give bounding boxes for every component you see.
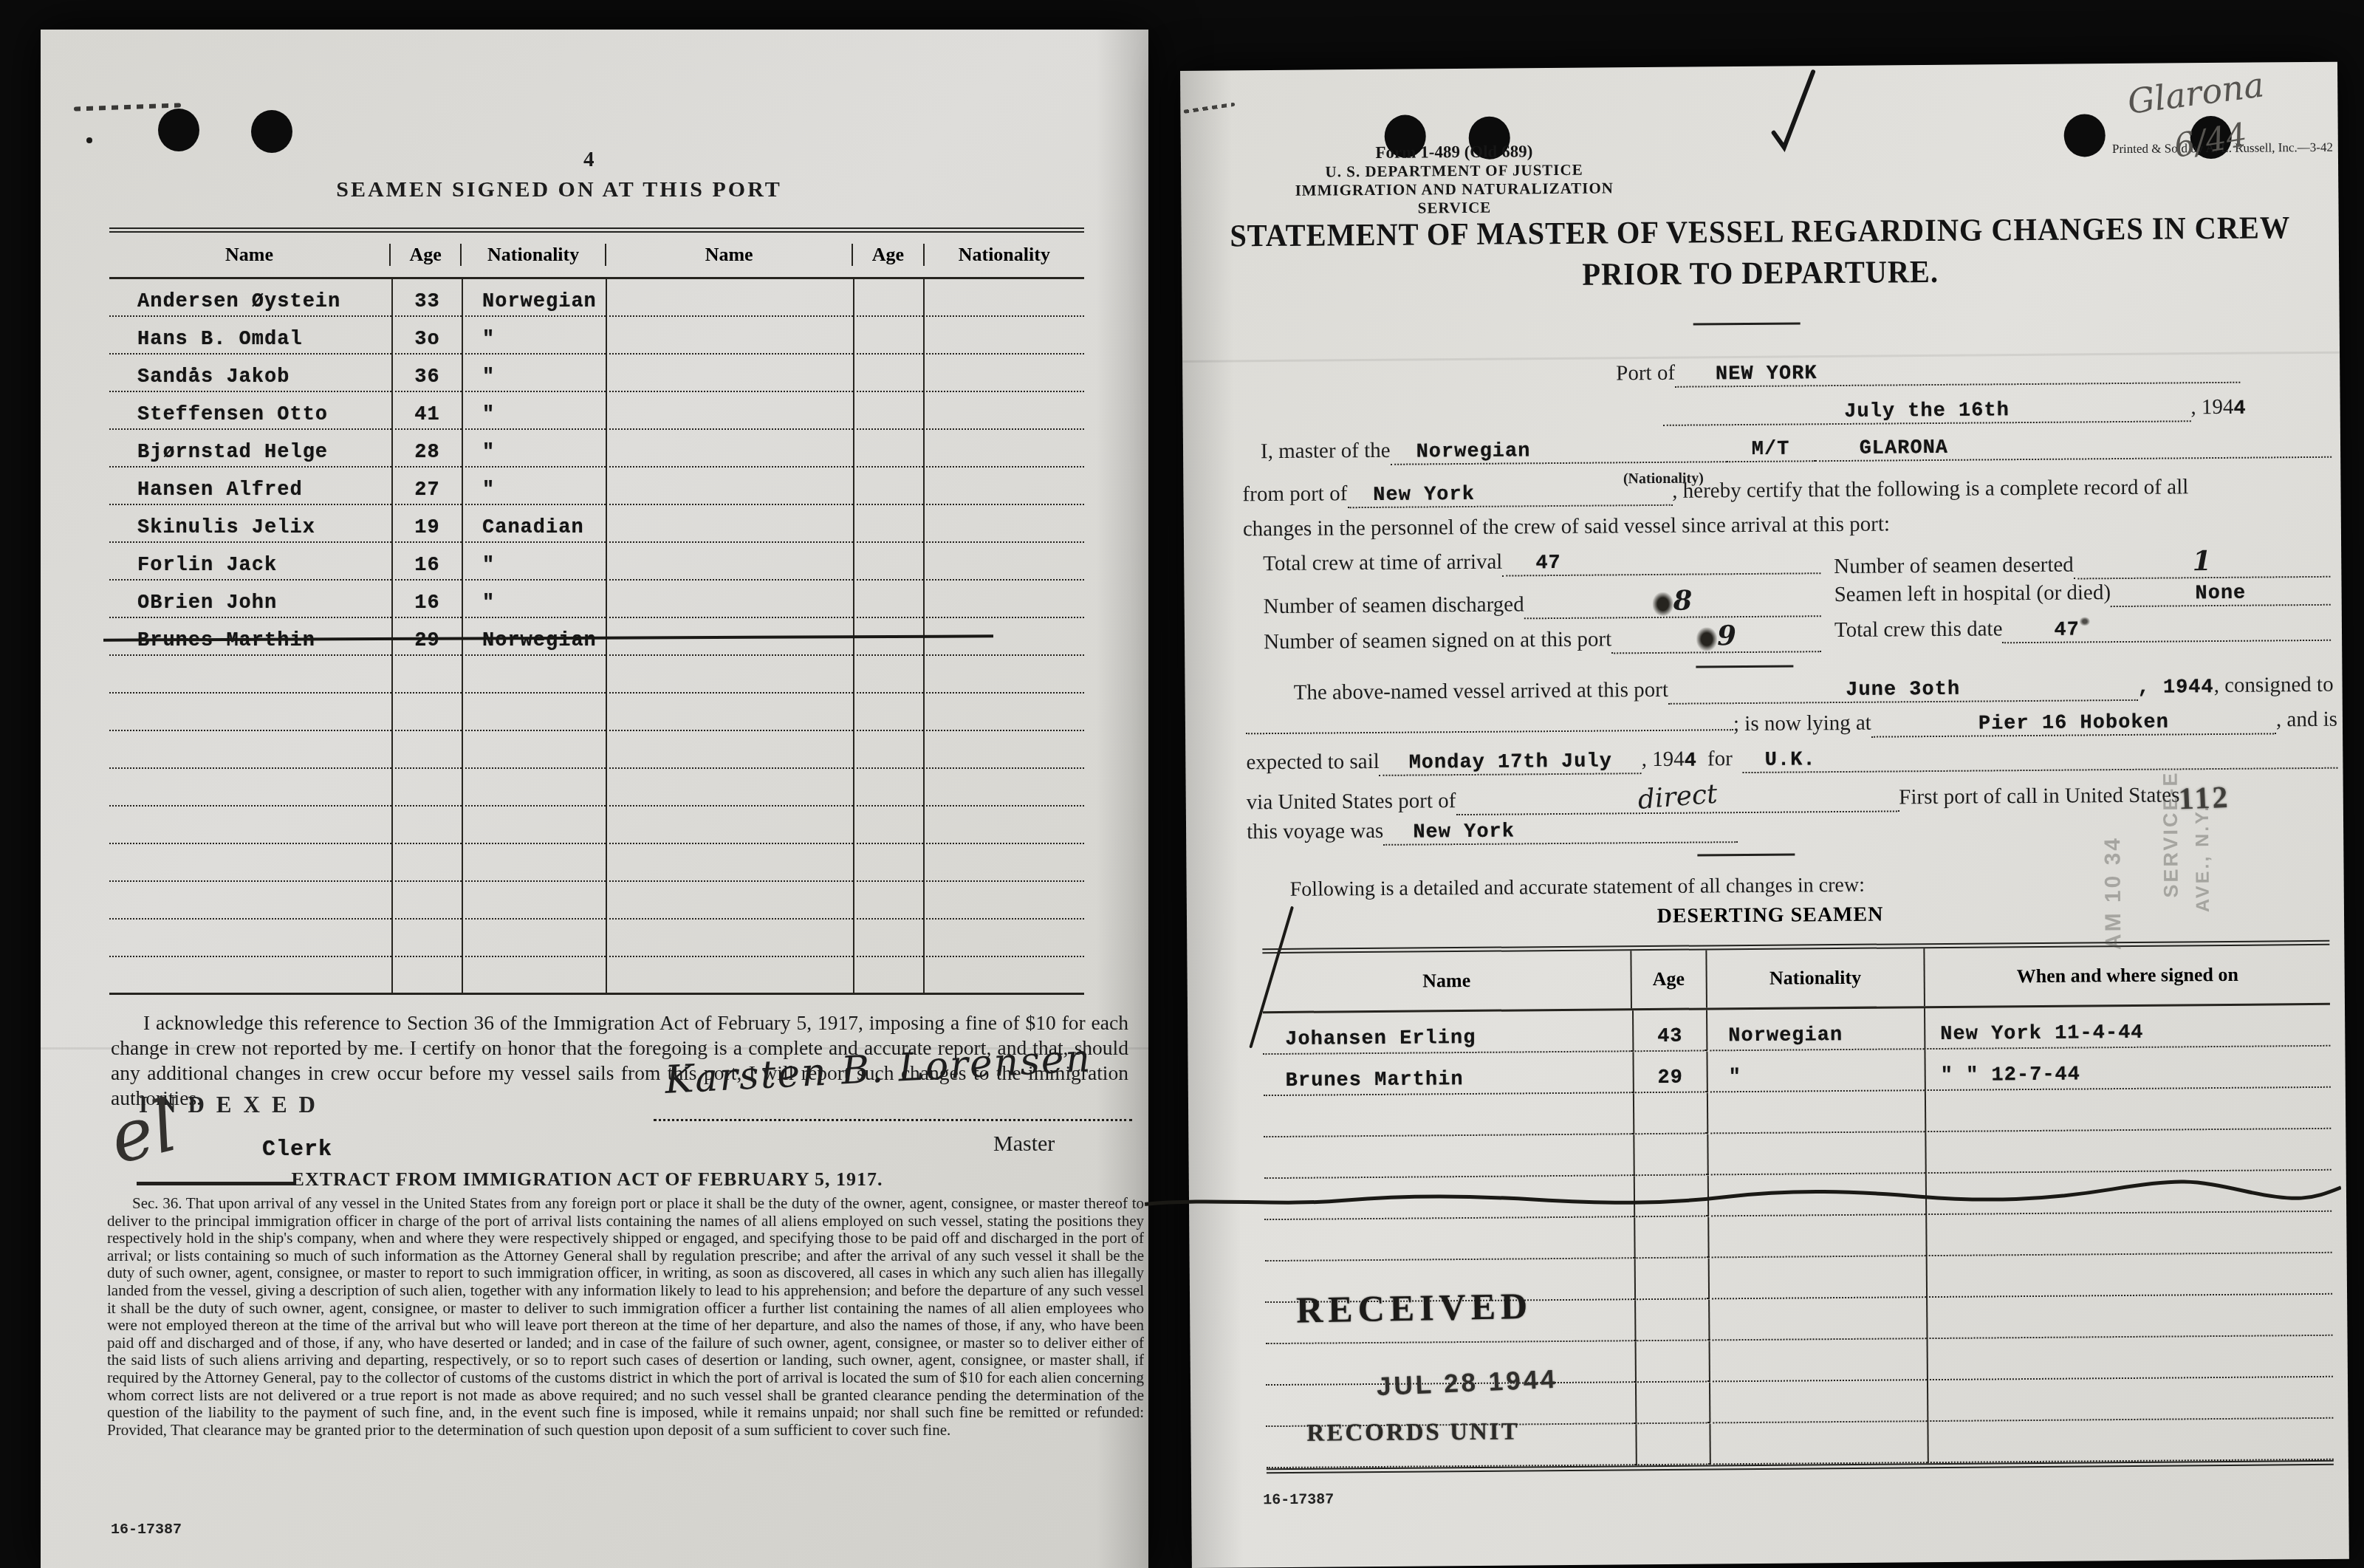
arrival-post: , consigned to bbox=[2214, 673, 2334, 698]
stat-total-crew: Total crew this date 47 bbox=[1834, 614, 2331, 645]
stat-value-handwritten: 8 bbox=[1673, 584, 1693, 617]
ink-scratch-mark bbox=[74, 103, 181, 111]
column-header-name-2: Name bbox=[605, 244, 852, 266]
vessel-type: M/T bbox=[1752, 439, 1790, 461]
stat-value: 47 bbox=[1535, 552, 1561, 575]
extract-title: EXTRACT FROM IMMIGRATION ACT OF FEBRUARY… bbox=[199, 1168, 975, 1191]
seaman-age: 19 bbox=[391, 505, 462, 543]
deserter-age: 29 bbox=[1632, 1051, 1706, 1093]
seaman-age: 28 bbox=[391, 430, 462, 468]
seaman-age: 36 bbox=[391, 355, 462, 392]
consignee-blank bbox=[1246, 729, 1733, 734]
voyage-pre: this voyage was bbox=[1247, 819, 1384, 844]
seaman-nationality: Norwegian bbox=[462, 279, 606, 317]
seaman-name: Bjørnstad Helge bbox=[109, 430, 391, 468]
table-row-struck: Brunes Marthin29Norwegian bbox=[109, 618, 1084, 656]
voyage-value: New York bbox=[1413, 821, 1515, 843]
received-stamp: RECEIVED bbox=[1296, 1284, 1533, 1332]
printer-note: Printed & Sold by A. L. Russell, Inc.—3-… bbox=[2008, 140, 2333, 157]
seaman-name: Andersen Øystein bbox=[109, 279, 391, 317]
deserter-nationality: Norwegian bbox=[1706, 1008, 1924, 1051]
document-title-line1: STATEMENT OF MASTER OF VESSEL REGARDING … bbox=[1216, 210, 2304, 255]
deserter-age: 43 bbox=[1632, 1010, 1706, 1052]
wavy-strike-line bbox=[1145, 1170, 2341, 1224]
stat-label: Total crew this date bbox=[1834, 617, 2003, 643]
punch-hole bbox=[158, 109, 199, 151]
side-stamp-address: AVE., N.Y. bbox=[2190, 602, 2214, 912]
printed-year-prefix: , 194 bbox=[2190, 395, 2233, 420]
column-header-name: Name bbox=[1262, 951, 1631, 1011]
column-header-signed-on: When and where signed on bbox=[1924, 945, 2330, 1006]
column-header-age: Age bbox=[1630, 950, 1705, 1008]
divider-rule bbox=[1697, 853, 1795, 856]
department-name: U. S. DEPARTMENT OF JUSTICE bbox=[1292, 160, 1617, 181]
date-value: July the 16th bbox=[1844, 400, 2010, 423]
table-row: Hans B. Omdal3o" bbox=[109, 317, 1084, 355]
date-line: July the 16th , 1944 bbox=[1663, 395, 2247, 426]
stat-arrival: Total crew at time of arrival 47 bbox=[1263, 547, 1820, 578]
table-row: Sandås Jakob36" bbox=[109, 355, 1084, 392]
clerk-label: Clerk bbox=[262, 1137, 332, 1163]
seaman-age: 16 bbox=[391, 543, 462, 581]
seaman-age: 41 bbox=[391, 392, 462, 430]
seaman-nationality: " bbox=[462, 581, 606, 618]
seaman-nationality: " bbox=[462, 392, 606, 430]
table-header-row: Name Age Nationality When and where sign… bbox=[1262, 945, 2330, 1013]
vessel-name: GLARONA bbox=[1859, 437, 1948, 460]
seaman-age: 3o bbox=[391, 317, 462, 355]
sail-year-printed: , 194 bbox=[1642, 747, 1685, 772]
port-line: Port of NEW YORK bbox=[1616, 357, 2240, 388]
port-label: Port of bbox=[1616, 361, 1675, 386]
via-pre: via United States port of bbox=[1247, 789, 1456, 815]
deserter-nationality: " bbox=[1706, 1050, 1924, 1092]
master-label: Master bbox=[993, 1132, 1055, 1157]
lying-post: , and is bbox=[2276, 708, 2337, 733]
seaman-nationality: " bbox=[462, 317, 606, 355]
stat-discharged: Number of seamen discharged 8 bbox=[1263, 583, 1820, 621]
seaman-name: OBrien John bbox=[109, 581, 391, 618]
table-row: Steffensen Otto41" bbox=[109, 392, 1084, 430]
form-id: Form 1-489 (Old 689) bbox=[1292, 141, 1617, 162]
for-label: for bbox=[1697, 747, 1743, 771]
handwritten-vessel-name: Glarona bbox=[2125, 64, 2267, 122]
deserter-signed-on: " " 12-7-44 bbox=[1924, 1047, 2330, 1091]
form-header: Form 1-489 (Old 689) U. S. DEPARTMENT OF… bbox=[1292, 141, 1617, 218]
table-row: Hansen Alfred27" bbox=[109, 468, 1084, 505]
sail-pre: expected to sail bbox=[1246, 750, 1380, 775]
stat-value-handwritten: 1 bbox=[2192, 544, 2211, 577]
master-line-pre: I, master of the bbox=[1261, 439, 1391, 464]
seaman-name: Skinulis Jelix bbox=[109, 505, 391, 543]
form-stock-number: 16-17387 bbox=[111, 1521, 182, 1538]
right-page: Form 1-489 (Old 689) U. S. DEPARTMENT OF… bbox=[1180, 62, 2349, 1568]
stat-signed-on: Number of seamen signed on at this port … bbox=[1264, 618, 1821, 657]
extract-body: Sec. 36. That upon arrival of any vessel… bbox=[107, 1195, 1144, 1439]
seaman-age: 16 bbox=[391, 581, 462, 618]
handwritten-voyage-number: 6/44 bbox=[2171, 116, 2250, 165]
form-stock-number: 16-17387 bbox=[1263, 1491, 1334, 1509]
seaman-age: 33 bbox=[391, 279, 462, 317]
punch-hole bbox=[251, 110, 292, 153]
seaman-nationality: " bbox=[462, 468, 606, 505]
lying-location: Pier 16 Hoboken bbox=[1978, 712, 2169, 736]
sail-date: Monday 17th July bbox=[1409, 750, 1612, 774]
via-post: First port of call in United States bbox=[1899, 783, 2179, 809]
side-stamp-time: AM 10 34 bbox=[2099, 669, 2126, 950]
ink-blot bbox=[1653, 592, 1673, 616]
seaman-name: Sandås Jakob bbox=[109, 355, 391, 392]
table-row: OBrien John16" bbox=[109, 581, 1084, 618]
table-header-row: Name Age Nationality Name Age Nationalit… bbox=[109, 233, 1084, 279]
stat-value-handwritten: 9 bbox=[1717, 619, 1736, 651]
seaman-name: Hansen Alfred bbox=[109, 468, 391, 505]
deserter-name: Brunes Marthin bbox=[1263, 1052, 1632, 1096]
seaman-nationality: " bbox=[462, 543, 606, 581]
vessel-nationality: Norwegian bbox=[1416, 440, 1530, 463]
column-header-nationality: Nationality bbox=[460, 244, 605, 266]
seaman-age: 27 bbox=[391, 468, 462, 505]
deserter-signed-on: New York 11-4-44 bbox=[1924, 1005, 2330, 1050]
deserter-name: Johansen Erling bbox=[1263, 1010, 1632, 1055]
stat-label: Number of seamen signed on at this port bbox=[1264, 627, 1611, 654]
seamen-signed-on-table: Name Age Nationality Name Age Nationalit… bbox=[109, 227, 1084, 995]
left-page: 4 SEAMEN SIGNED ON AT THIS PORT Name Age… bbox=[41, 30, 1148, 1568]
port-value: NEW YORK bbox=[1716, 363, 1817, 386]
stat-label: Total crew at time of arrival bbox=[1263, 550, 1502, 577]
lying-pre: ; is now lying at bbox=[1733, 711, 1871, 736]
column-header-nationality-2: Nationality bbox=[923, 244, 1084, 266]
stat-hospital: Seamen left in hospital (or died) None bbox=[1834, 579, 2330, 609]
table-row: Andersen Øystein33Norwegian bbox=[109, 279, 1084, 317]
typed-year-digit: 4 bbox=[2233, 398, 2246, 420]
from-line-post: , hereby certify that the following is a… bbox=[1672, 475, 2188, 503]
changes-line: changes in the personnel of the crew of … bbox=[1243, 512, 1890, 541]
ink-blot bbox=[1696, 627, 1717, 651]
divider-rule bbox=[1693, 322, 1801, 325]
records-unit-stamp: RECORDS UNIT bbox=[1306, 1418, 1519, 1447]
from-line-pre: from port of bbox=[1242, 482, 1347, 507]
seaman-name: Forlin Jack bbox=[109, 543, 391, 581]
divider-rule bbox=[1696, 665, 1793, 668]
document-title-line2: PRIOR TO DEPARTURE. bbox=[1216, 251, 2304, 296]
handwritten-checkmark-icon bbox=[1767, 67, 1820, 160]
table-row: Forlin Jack16" bbox=[109, 543, 1084, 581]
ink-smudge bbox=[2080, 617, 2090, 626]
stat-label: Number of seamen deserted bbox=[1834, 553, 2074, 580]
table-row: Bjørnstad Helge28" bbox=[109, 430, 1084, 468]
from-port-value: New York bbox=[1373, 484, 1475, 507]
column-header-nationality: Nationality bbox=[1705, 948, 1924, 1007]
stat-label: Seamen left in hospital (or died) bbox=[1834, 581, 2111, 607]
following-statement: Following is a detailed and accurate sta… bbox=[1290, 874, 1865, 902]
seaman-name: Steffensen Otto bbox=[109, 392, 391, 430]
deserting-seamen-title: DESERTING SEAMEN bbox=[1512, 902, 2029, 929]
voyage-line: this voyage was New York bbox=[1247, 816, 1738, 846]
arrival-pre: The above-named vessel arrived at this p… bbox=[1293, 678, 1668, 705]
column-header-age: Age bbox=[389, 244, 460, 266]
stat-label: Number of seamen discharged bbox=[1264, 592, 1524, 619]
seaman-nationality: " bbox=[462, 355, 606, 392]
table-row: Skinulis Jelix19Canadian bbox=[109, 505, 1084, 543]
ink-dot bbox=[86, 137, 92, 143]
page-number: 4 bbox=[583, 148, 595, 172]
sail-destination: U.K. bbox=[1765, 749, 1816, 772]
sail-year-typed: 4 bbox=[1685, 750, 1697, 773]
arrival-date: June 3oth bbox=[1846, 679, 1960, 702]
seaman-name: Hans B. Omdal bbox=[109, 317, 391, 355]
stat-deserted: Number of seamen deserted 1 bbox=[1834, 544, 2330, 581]
stat-value: 47 bbox=[2054, 619, 2080, 641]
from-port-line: from port of New York , hereby certify t… bbox=[1242, 474, 2334, 510]
via-value-handwritten: direct bbox=[1637, 779, 1719, 815]
master-line: I, master of the Norwegian M/T GLARONA bbox=[1261, 431, 2332, 466]
service-name: IMMIGRATION AND NATURALIZATION SERVICE bbox=[1292, 179, 1617, 218]
seaman-nationality: Canadian bbox=[462, 505, 606, 543]
column-header-age-2: Age bbox=[852, 244, 922, 266]
column-header-name: Name bbox=[109, 244, 389, 266]
side-stamp-service: SERVICE-E bbox=[2157, 580, 2182, 897]
page-title: SEAMEN SIGNED ON AT THIS PORT bbox=[227, 177, 891, 202]
seaman-nationality: " bbox=[462, 430, 606, 468]
